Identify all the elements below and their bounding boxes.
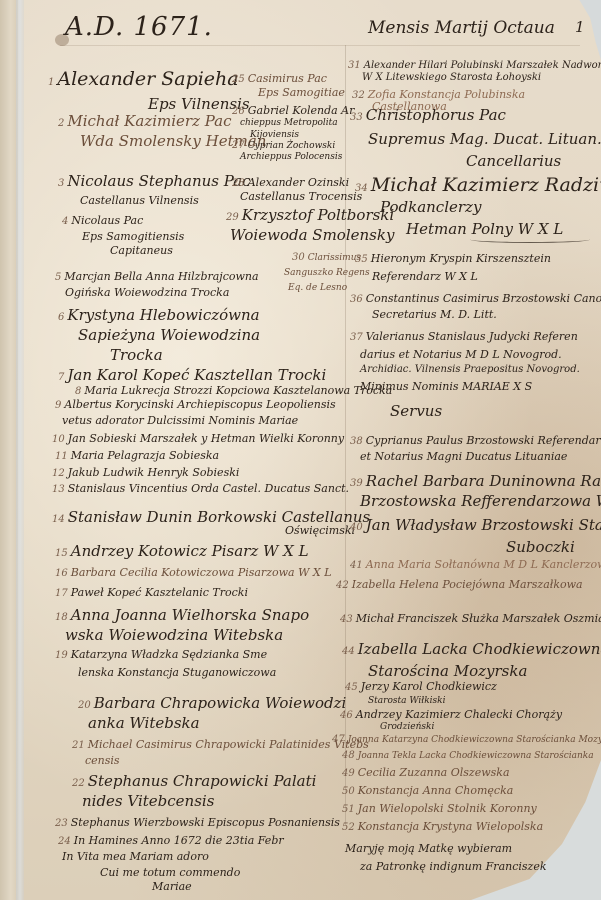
entry-39-line-2: Brzostowska Refferendarzowa W X L — [360, 492, 601, 510]
entry-12: 12Jakub Ludwik Henryk Sobieski — [52, 466, 239, 479]
entry-6-line-2: Sapieżyna Woiewodzina — [78, 326, 260, 344]
entry-11: 11Maria Pelagrazja Sobieska — [55, 449, 219, 462]
entry-20-line-2: anka Witebska — [88, 714, 200, 732]
entry-26-line-2: chieppus Metropolita — [240, 118, 338, 128]
entry-4-line-3: Capitaneus — [110, 244, 173, 257]
entry-15: 15Andrzey Kotowicz Pisarz W X L — [55, 542, 309, 560]
entry-26-line-3: Kijoviensis — [250, 130, 299, 140]
entry-44-line-2: Starościna Mozyrska — [368, 662, 527, 680]
entry-2: 2Michał Kazimierz Pac — [58, 112, 232, 130]
entry-38-line-2: et Notarius Magni Ducatus Lituaniae — [360, 450, 567, 463]
entry-36: 36Constantinus Casimirus Brzostowski Can… — [350, 292, 601, 305]
entry-16: 16Barbara Cecilia Kotowiczowa Pisarzowa … — [55, 566, 332, 579]
entry-4: 4Nicolaus Pac — [62, 214, 143, 227]
entry-21: 21Michael Casimirus Chrapowicki Palatini… — [72, 738, 369, 751]
entry-37-line-3: Archidiac. Vilnensis Praepositus Novogro… — [360, 364, 580, 375]
closing-dedication: Maryję moją Matkę wybieram — [345, 842, 512, 855]
entry-9-line-2: vetus adorator Dulcissimi Nominis Mariae — [62, 414, 298, 427]
entry-46-line-2: Grodzieński — [380, 722, 434, 732]
entry-37-line-4: Minimus Nominis MARIAE X S — [360, 380, 532, 393]
entry-24: 24In Hamines Anno 1672 die 23tia Febr — [58, 834, 284, 847]
entry-36-line-2: Secretarius M. D. Litt. — [372, 308, 497, 321]
entry-28: 28Alexander Ozinski — [232, 176, 349, 189]
entry-38: 38Cyprianus Paulus Brzostowski Referenda… — [350, 434, 601, 447]
entry-23: 23Stephanus Wierzbowski Episcopus Posnan… — [55, 816, 340, 829]
entry-31: 31Alexander Hilari Polubinski Marszałek … — [348, 60, 601, 71]
entry-39: 39Rachel Barbara Duninowna Rawiczowa — [350, 472, 601, 490]
entry-46: 46Andrzey Kazimierz Chalecki Chorąży — [340, 708, 562, 721]
entry-42: 42Izabella Helena Pociejówna Marszałkowa — [336, 578, 583, 591]
entry-51: 51Jan Wielopolski Stolnik Koronny — [342, 802, 537, 815]
entry-29-line-2: Woiewoda Smolensky — [230, 226, 394, 244]
month-heading: Mensis Martij Octaua — [368, 18, 555, 38]
entry-18-line-2: wska Woiewodzina Witebska — [65, 626, 283, 644]
entry-19-line-2: lenska Konstancja Stuganowiczowa — [78, 666, 276, 679]
entry-13: 13Stanislaus Vincentius Orda Castel. Duc… — [52, 482, 349, 495]
entry-14-line-2: Oświęcimski — [285, 524, 355, 537]
signature-flourish — [470, 236, 590, 243]
binding-shadow — [16, 0, 24, 900]
entry-41: 41Anna Maria Sołtanówna M D L Kanclerzow… — [350, 558, 601, 571]
entry-47: 47Joanna Katarzyna Chodkiewiczowna Staro… — [332, 734, 601, 745]
entry-33: 33Christophorus Pac — [350, 106, 506, 124]
entry-26: 26Gabriel Kolenda Ar — [232, 104, 354, 117]
entry-30-line-3: Eq. de Lesno — [288, 283, 347, 293]
entry-25: 25Casimirus Pac — [232, 72, 327, 85]
entry-6-line-3: Trocka — [110, 346, 163, 364]
header-rule — [60, 45, 580, 46]
entry-8: 8Maria Lukrecja Strozzi Kopciowa Kasztel… — [75, 384, 392, 397]
page-number: 1 — [575, 18, 585, 36]
entry-34-line-2: Podkanclerzy — [380, 198, 481, 216]
entry-37: 37Valerianus Stanislaus Judycki Referen — [350, 330, 578, 343]
entry-33-line-3: Cancellarius — [466, 152, 561, 170]
entry-34: 34Michał Kazimierz Radziwiłł — [355, 174, 601, 196]
entry-20: 20Barbara Chrapowicka Woiewodzi — [78, 694, 346, 712]
entry-3-line-2: Castellanus Vilnensis — [80, 194, 199, 207]
entry-9: 9Albertus Korycinski Archiepiscopus Leop… — [55, 398, 336, 411]
entry-22: 22Stephanus Chrapowicki Palati — [72, 772, 316, 790]
entry-1: 1Alexander Sapieha — [48, 68, 239, 90]
entry-37-line-2: darius et Notarius M D L Novogrod. — [360, 348, 562, 361]
entry-43: 43Michał Franciszek Służka Marszałek Osz… — [340, 612, 601, 625]
entry-49: 49Cecilia Zuzanna Olszewska — [342, 766, 510, 779]
entry-28-line-2: Castellanus Trocensis — [240, 190, 362, 203]
entry-40-line-2: Suboczki — [506, 538, 575, 556]
entry-45: 45Jerzy Karol Chodkiewicz — [345, 680, 497, 693]
entry-44: 44Izabella Lacka Chodkiewiczowna — [342, 640, 601, 658]
entry-17: 17Paweł Kopeć Kasztelanic Trocki — [55, 586, 248, 599]
closing-dedication-line-2: za Patronkę indignum Franciszek — [360, 860, 547, 873]
entry-3: 3Nicolaus Stephanus Pac — [58, 172, 251, 190]
entry-4-line-2: Eps Samogitiensis — [82, 230, 184, 243]
entry-5-line-2: Ogińska Woiewodzina Trocka — [65, 286, 229, 299]
year-heading: A.D. 1671. — [65, 12, 213, 42]
entry-50: 50Konstancja Anna Chomęcka — [342, 784, 513, 797]
entry-30: 30Clarissimus — [292, 252, 361, 263]
entry-30-line-2: Sanguszko Regens — [284, 268, 370, 278]
entry-52: 52Konstancja Krystyna Wielopolska — [342, 820, 543, 833]
entry-5: 5Marcjan Bella Anna Hilzbrajcowna — [55, 270, 259, 283]
entry-27: 27Cyprian Żochowski — [232, 140, 335, 151]
entry-29: 29Krzysztof Poltborski — [226, 206, 394, 224]
entry-10: 10Jan Sobieski Marszałek y Hetman Wielki… — [52, 432, 344, 445]
entry-48: 48Joanna Tekla Lacka Chodkiewiczowna Sta… — [342, 750, 594, 761]
entry-22-line-2: nides Vitebcensis — [82, 792, 214, 810]
entry-27-line-2: Archieppus Polocensis — [240, 152, 342, 162]
entry-25-line-2: Eps Samogitiae — [258, 86, 345, 99]
entry-21-line-2: censis — [85, 754, 120, 767]
entry-24-line-4: Mariae — [152, 880, 192, 893]
entry-33-line-2: Supremus Mag. Ducat. Lituan. — [368, 130, 601, 148]
entry-7: 7Jan Karol Kopeć Kasztellan Trocki — [58, 366, 326, 384]
entry-6: 6Krystyna Hlebowiczówna — [58, 306, 260, 324]
entry-19: 19Katarzyna Władzka Sędzianka Sme — [55, 648, 267, 661]
entry-40: 40Jan Władysław Brzostowski Starosta — [350, 516, 601, 534]
entry-45-line-2: Starosta Wiłkiski — [368, 696, 446, 706]
entry-35: 35Hieronym Kryspin Kirszensztein — [355, 252, 551, 265]
entry-24-line-2: In Vita mea Mariam adoro — [62, 850, 209, 863]
entry-37-line-5: Servus — [390, 402, 442, 420]
entry-35-line-2: Referendarz W X L — [372, 270, 478, 283]
manuscript-page: A.D. 1671. Mensis Martij Octaua 1 1Alexa… — [0, 0, 601, 900]
entry-31-line-2: W X Litewskiego Starosta Łohoyski — [362, 72, 541, 83]
entry-18: 18Anna Joanna Wielhorska Snapo — [55, 606, 309, 624]
entry-24-line-3: Cui me totum commendo — [100, 866, 240, 879]
